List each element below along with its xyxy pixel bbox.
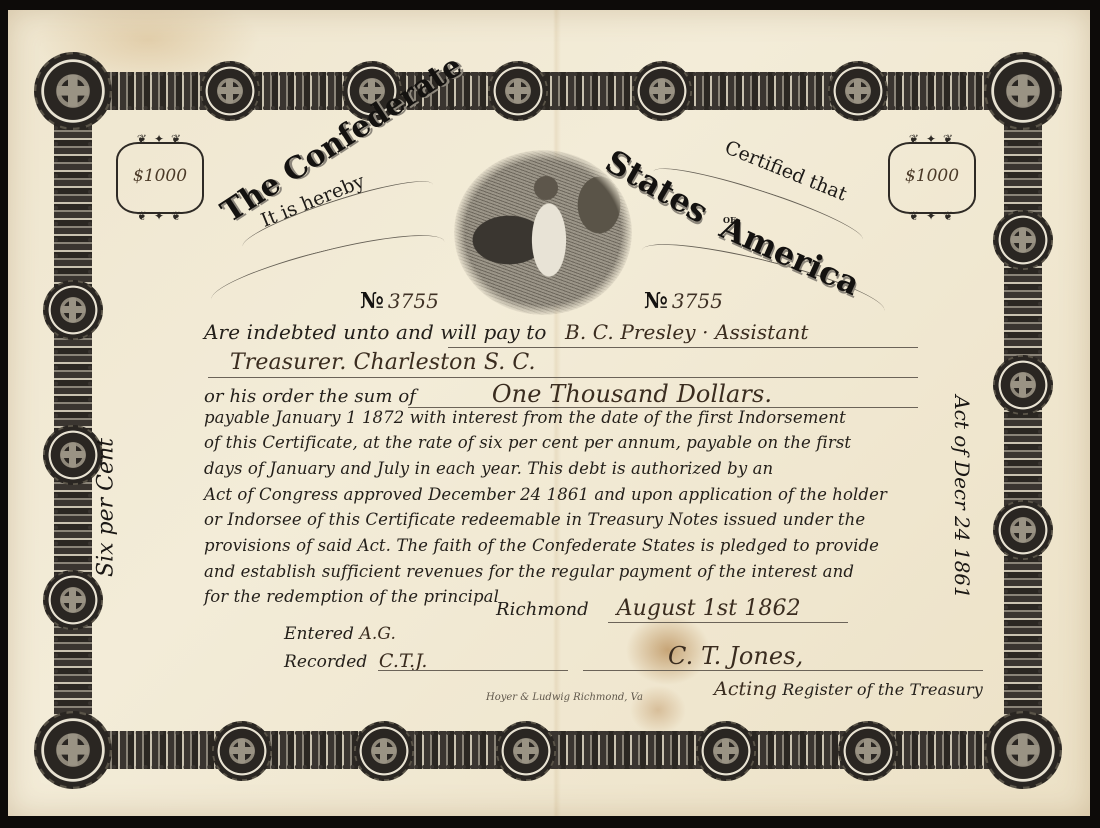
recorded-initials: C.T.J. [379, 650, 428, 672]
signer-title: Acting Register of the Treasury [714, 678, 983, 700]
rosette-top [200, 61, 260, 121]
rosette-corner-bottom-right [984, 711, 1062, 789]
serial-number-left: №3755 [360, 288, 439, 314]
serial-value: 3755 [388, 289, 439, 313]
rosette-corner-bottom-left [34, 711, 112, 789]
body-line: or Indorsee of this Certificate redeemab… [204, 510, 865, 529]
signature: C. T. Jones, [668, 642, 803, 670]
recorded-row: Recorded C.T.J. [284, 650, 428, 672]
signature-rule [583, 670, 983, 671]
certificate-paper: $1000 $1000 It is hereby Certified that … [8, 10, 1090, 816]
rosette-right [993, 210, 1053, 270]
side-label-six-per-cent: Six per Cent [94, 428, 119, 588]
body-line: for the redemption of the principal [204, 587, 499, 606]
body-line-2: Treasurer. Charleston S. C. [230, 350, 536, 375]
denomination-cartouche-right: $1000 [888, 142, 976, 214]
recorded-label: Recorded [284, 652, 367, 672]
dateline-date: August 1st 1862 [617, 596, 801, 621]
signer-title-written: Acting [714, 678, 777, 700]
serial-value: 3755 [672, 289, 723, 313]
rosette-bottom [212, 721, 272, 781]
fill-rule [208, 377, 918, 378]
rosette-bottom [354, 721, 414, 781]
serial-number-right: №3755 [644, 288, 723, 314]
payee-line-1: B. C. Presley · Assistant [565, 320, 808, 344]
body-line: provisions of said Act. The faith of the… [204, 536, 879, 555]
fill-rule [608, 622, 848, 623]
rosette-top [828, 61, 888, 121]
amount-written: One Thousand Dollars. [492, 380, 772, 408]
indebted-phrase: Are indebted unto and will pay to [204, 320, 547, 344]
sum-phrase: or his order the sum of [204, 386, 416, 407]
body-line: of this Certificate, at the rate of six … [204, 433, 851, 452]
rosette-corner-top-right [984, 52, 1062, 130]
fill-rule [378, 670, 568, 671]
denomination-cartouche-left: $1000 [116, 142, 204, 214]
body-line: payable January 1 1872 with interest fro… [204, 408, 846, 427]
side-label-act-of-dec: Act of Decr 24 1861 [950, 387, 974, 607]
printer-imprint: Hoyer & Ludwig Richmond, Va [486, 692, 643, 703]
signer-title-printed: Register of the Treasury [782, 680, 983, 699]
rosette-corner-top-left [34, 52, 112, 130]
payee-line-2: Treasurer. Charleston S. C. [230, 350, 536, 375]
entered-initials: A.G. [360, 624, 396, 644]
rosette-top [632, 61, 692, 121]
fill-rule [448, 347, 918, 348]
serial-prefix: № [644, 288, 668, 314]
rosette-top [488, 61, 548, 121]
rosette-bottom [696, 721, 756, 781]
rosette-left [43, 280, 103, 340]
body-line: and establish sufficient revenues for th… [204, 562, 854, 581]
body-line-1: Are indebted unto and will pay to B. C. … [204, 320, 808, 344]
entered-row: Entered A.G. [284, 624, 396, 644]
body-line-3: or his order the sum of One Thousand Dol… [204, 380, 772, 408]
serial-prefix: № [360, 288, 384, 314]
body-line: days of January and July in each year. T… [204, 459, 773, 478]
rosette-right [993, 355, 1053, 415]
rosette-right [993, 500, 1053, 560]
ceres-cornucopia-vignette [454, 150, 632, 315]
rosette-bottom [496, 721, 556, 781]
border-left [54, 110, 92, 730]
dateline: Richmond August 1st 1862 [496, 596, 801, 621]
denomination-right: $1000 [890, 166, 974, 186]
dateline-place: Richmond [496, 599, 589, 620]
signature-name: C. T. Jones, [668, 642, 803, 670]
border-right [1004, 110, 1042, 730]
entered-label: Entered [284, 624, 354, 644]
body-line: Act of Congress approved December 24 186… [204, 485, 887, 504]
denomination-left: $1000 [118, 166, 202, 186]
rosette-bottom [838, 721, 898, 781]
